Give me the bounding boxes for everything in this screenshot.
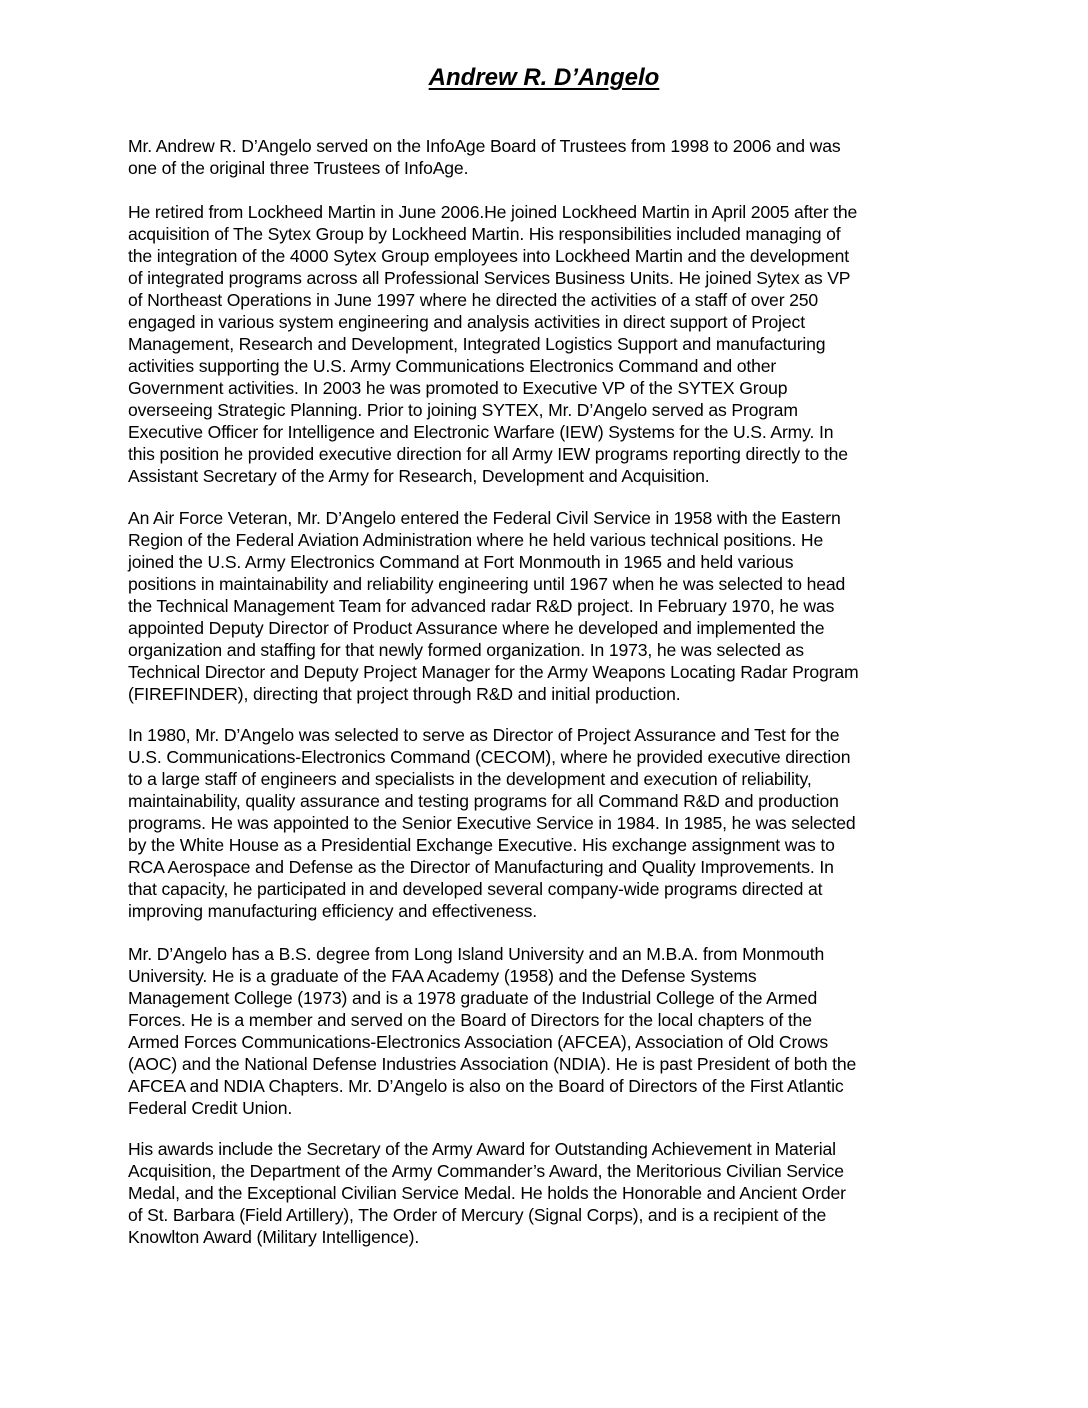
text-line: organization and staffing for that newly… [128, 639, 978, 661]
text-line: Management College (1973) and is a 1978 … [128, 987, 978, 1009]
text-line: Federal Credit Union. [128, 1097, 978, 1119]
paragraph-federal-service: An Air Force Veteran, Mr. D’Angelo enter… [128, 507, 978, 705]
text-line: Armed Forces Communications-Electronics … [128, 1031, 978, 1053]
text-line: of integrated programs across all Profes… [128, 267, 978, 289]
text-line: Acquisition, the Department of the Army … [128, 1160, 978, 1182]
text-line: joined the U.S. Army Electronics Command… [128, 551, 978, 573]
text-line: appointed Deputy Director of Product Ass… [128, 617, 978, 639]
text-line: His awards include the Secretary of the … [128, 1138, 978, 1160]
text-line: one of the original three Trustees of In… [128, 157, 978, 179]
text-line: RCA Aerospace and Defense as the Directo… [128, 856, 978, 878]
text-line: Region of the Federal Aviation Administr… [128, 529, 978, 551]
text-line: of St. Barbara (Field Artillery), The Or… [128, 1204, 978, 1226]
text-line: of Northeast Operations in June 1997 whe… [128, 289, 978, 311]
text-line: engaged in various system engineering an… [128, 311, 978, 333]
text-line: activities supporting the U.S. Army Comm… [128, 355, 978, 377]
text-line: Assistant Secretary of the Army for Rese… [128, 465, 978, 487]
text-line: improving manufacturing efficiency and e… [128, 900, 978, 922]
text-line: In 1980, Mr. D’Angelo was selected to se… [128, 724, 978, 746]
text-line: maintainability, quality assurance and t… [128, 790, 978, 812]
paragraph-awards: His awards include the Secretary of the … [128, 1138, 978, 1248]
text-line: (AOC) and the National Defense Industrie… [128, 1053, 978, 1075]
text-line: the integration of the 4000 Sytex Group … [128, 245, 978, 267]
text-line: He retired from Lockheed Martin in June … [128, 201, 978, 223]
text-line: University. He is a graduate of the FAA … [128, 965, 978, 987]
text-line: this position he provided executive dire… [128, 443, 978, 465]
text-line: programs. He was appointed to the Senior… [128, 812, 978, 834]
text-line: Mr. D’Angelo has a B.S. degree from Long… [128, 943, 978, 965]
paragraph-education: Mr. D’Angelo has a B.S. degree from Long… [128, 943, 978, 1119]
paragraph-cecom: In 1980, Mr. D’Angelo was selected to se… [128, 724, 978, 922]
paragraph-lockheed-sytex: He retired from Lockheed Martin in June … [128, 201, 978, 487]
page-title: Andrew R. D’Angelo [0, 63, 1088, 93]
text-line: Government activities. In 2003 he was pr… [128, 377, 978, 399]
text-line: to a large staff of engineers and specia… [128, 768, 978, 790]
text-line: Knowlton Award (Military Intelligence). [128, 1226, 978, 1248]
text-line: the Technical Management Team for advanc… [128, 595, 978, 617]
text-line: acquisition of The Sytex Group by Lockhe… [128, 223, 978, 245]
text-line: by the White House as a Presidential Exc… [128, 834, 978, 856]
text-line: U.S. Communications-Electronics Command … [128, 746, 978, 768]
text-line: Mr. Andrew R. D’Angelo served on the Inf… [128, 135, 978, 157]
text-line: Forces. He is a member and served on the… [128, 1009, 978, 1031]
text-line: (FIREFINDER), directing that project thr… [128, 683, 978, 705]
text-line: AFCEA and NDIA Chapters. Mr. D’Angelo is… [128, 1075, 978, 1097]
text-line: that capacity, he participated in and de… [128, 878, 978, 900]
text-line: An Air Force Veteran, Mr. D’Angelo enter… [128, 507, 978, 529]
text-line: overseeing Strategic Planning. Prior to … [128, 399, 978, 421]
paragraph-trustee: Mr. Andrew R. D’Angelo served on the Inf… [128, 135, 978, 179]
text-line: Executive Officer for Intelligence and E… [128, 421, 978, 443]
text-line: Management, Research and Development, In… [128, 333, 978, 355]
text-line: Medal, and the Exceptional Civilian Serv… [128, 1182, 978, 1204]
document-page: Andrew R. D’Angelo Mr. Andrew R. D’Angel… [0, 0, 1088, 1408]
text-line: Technical Director and Deputy Project Ma… [128, 661, 978, 683]
text-line: positions in maintainability and reliabi… [128, 573, 978, 595]
